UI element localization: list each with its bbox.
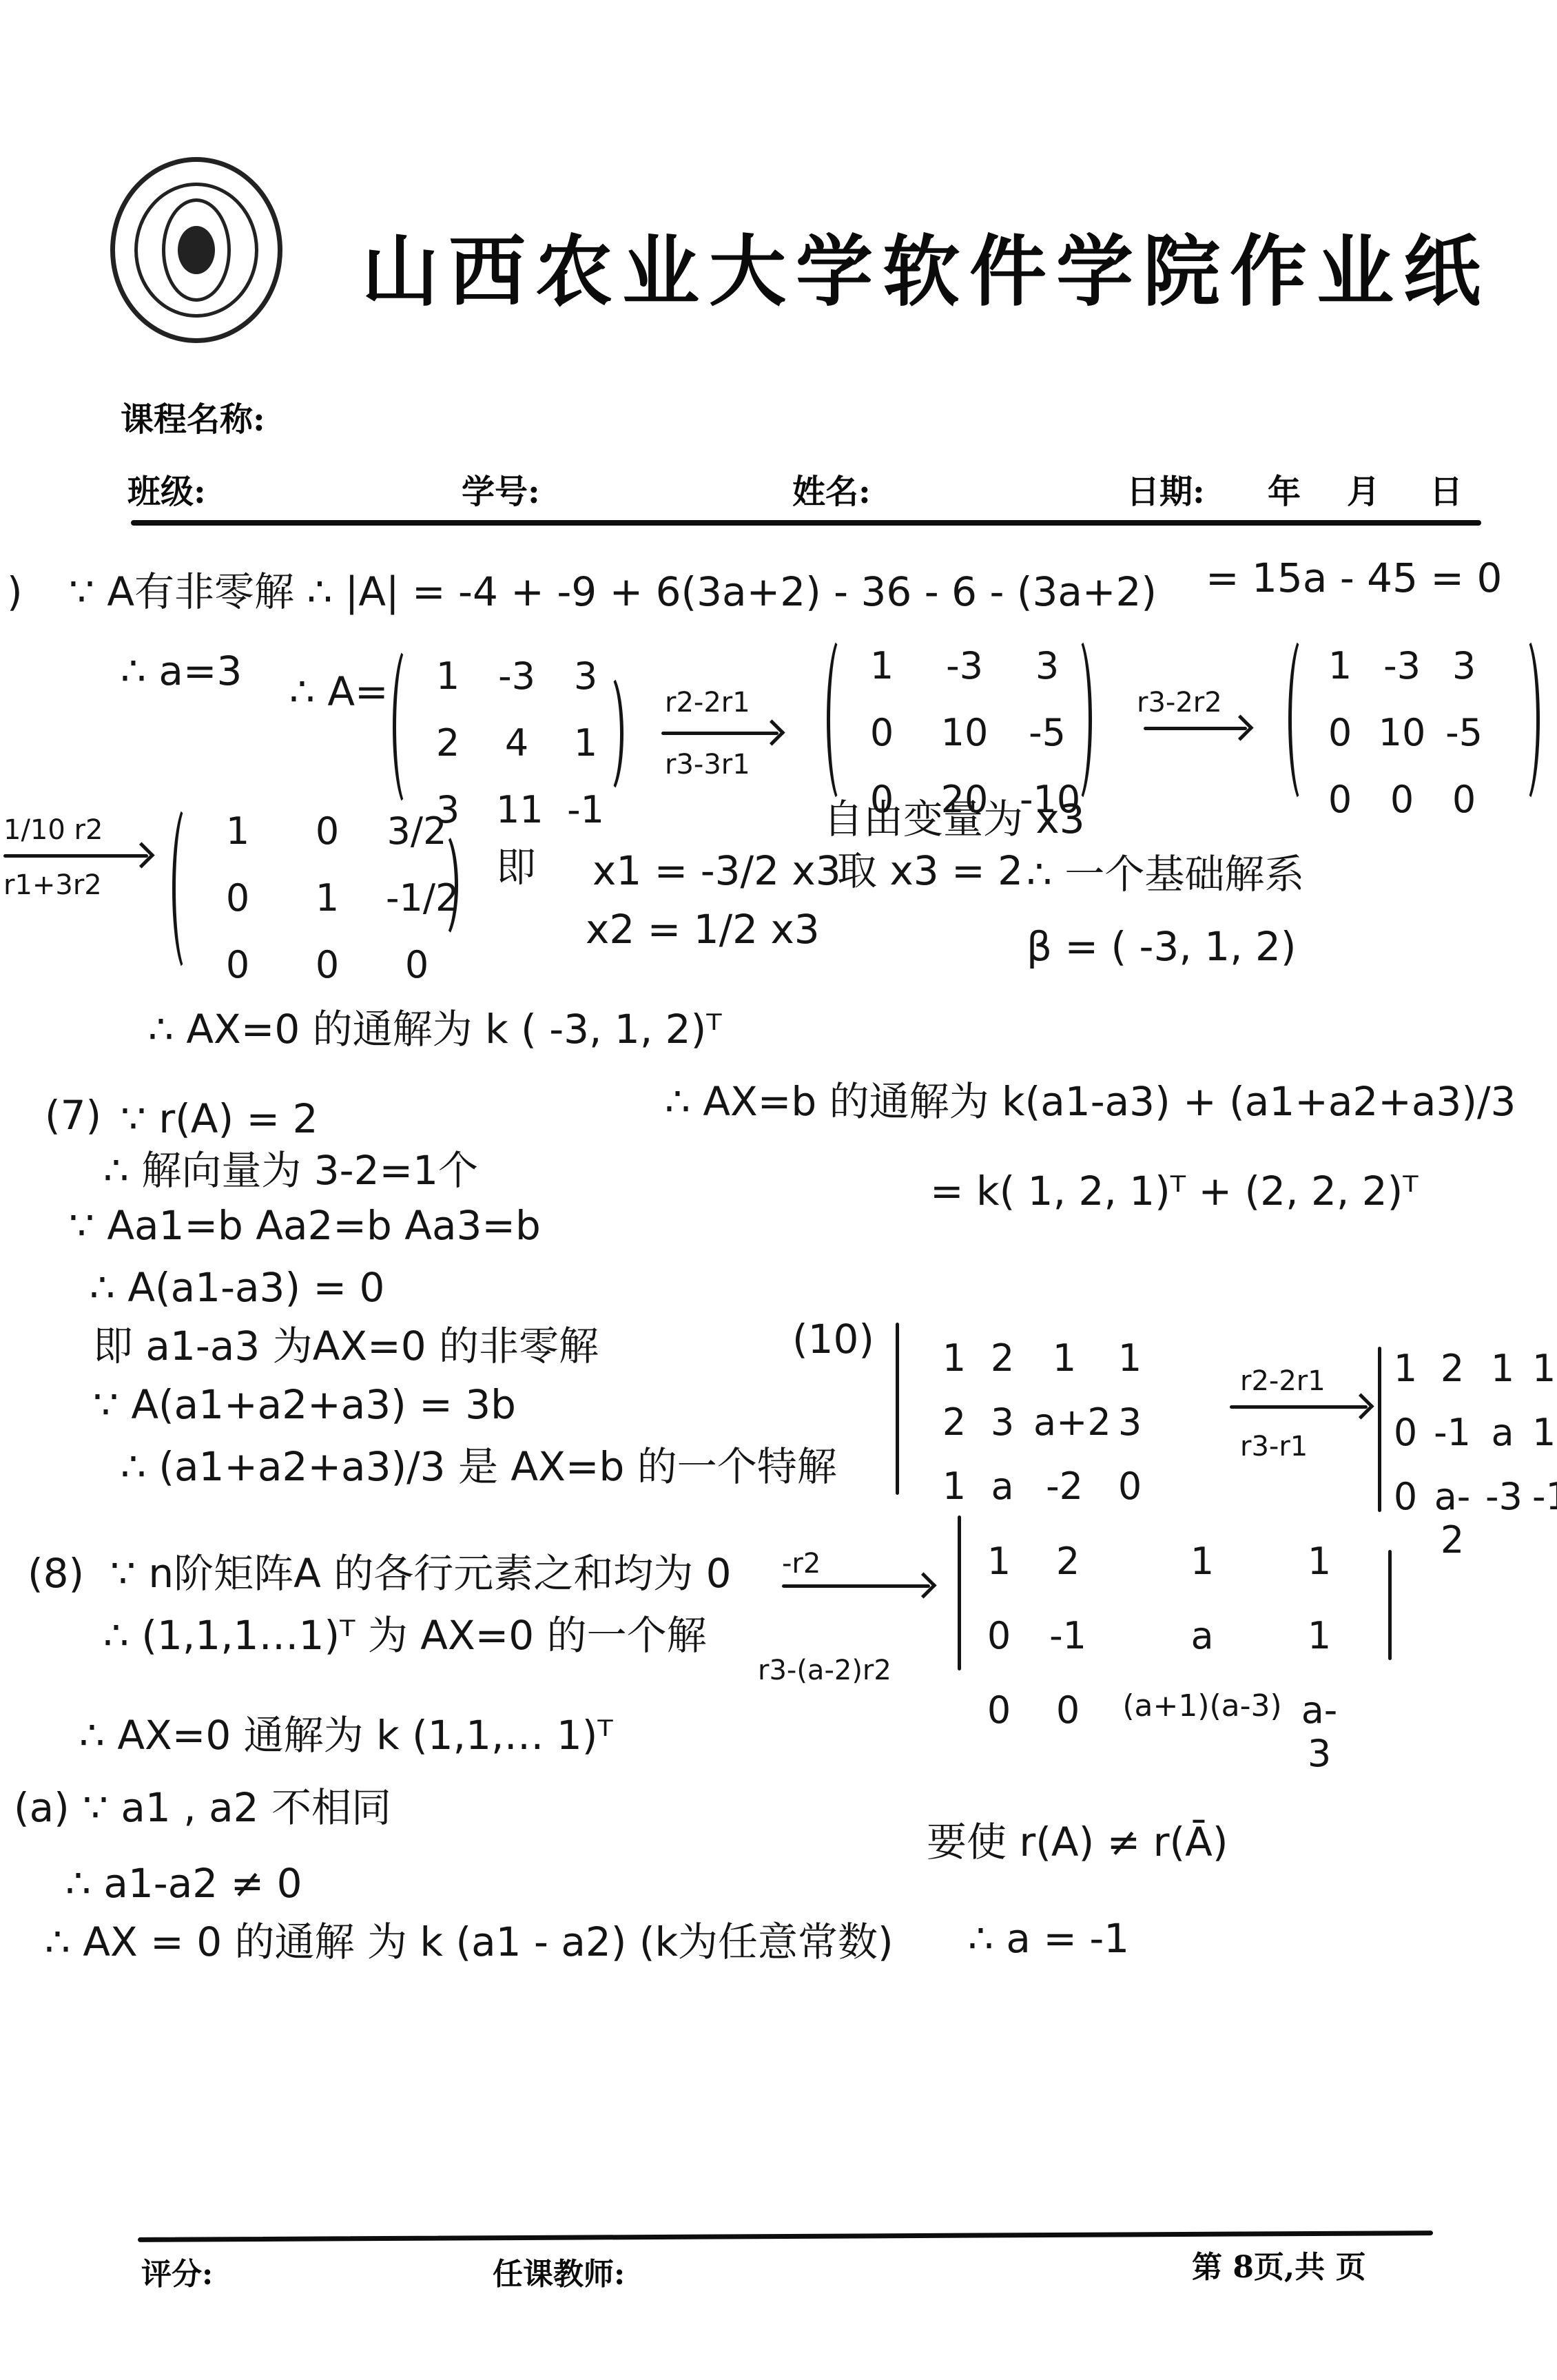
x1-equation: x1 = -3/2 x3: [592, 851, 841, 891]
free-variable-note: 自由变量为 x3: [823, 799, 1085, 839]
class-label: 班级:: [127, 465, 206, 513]
matrix-cell: -3: [1485, 1475, 1520, 1562]
op2-top: r3-2r2: [1137, 689, 1222, 716]
problem-7-line: ∴ 解向量为 3-2=1个: [103, 1150, 478, 1190]
matrix-a-left-paren: [393, 644, 424, 809]
matrix-f: 1211 0-1a1 0a-2-3-1: [1392, 1347, 1553, 1562]
matrix-cell: 1: [937, 1465, 971, 1508]
matrix-d-right-paren: [427, 830, 458, 940]
matrix-c-left-paren: [1288, 634, 1319, 806]
matrix-cell: 2: [1027, 1540, 1109, 1583]
problem-8-number: (8): [28, 1553, 84, 1593]
matrix-cell: 2: [985, 1336, 1020, 1380]
date-label: 日期:: [1126, 465, 1205, 513]
course-label: 课程名称:: [121, 393, 265, 440]
footer-divider: [138, 2231, 1433, 2242]
problem-6-determinant-result: = 15a - 45 = 0: [1206, 558, 1502, 598]
op1-top: r2-2r1: [665, 689, 750, 716]
matrix-cell: 0: [386, 943, 448, 986]
matrix-cell: 1: [854, 644, 909, 687]
problem-9-line: ∴ a1-a2 ≠ 0: [65, 1863, 302, 1903]
matrix-b: 1-33 010-5 020-10: [854, 644, 1075, 821]
matrix-cell: 1: [1116, 1540, 1288, 1583]
matrix-cell: a: [1485, 1411, 1520, 1454]
matrix-cell: 0: [207, 943, 269, 986]
op1-top: r2-2r1: [1240, 1367, 1326, 1395]
matrix-cell: 1: [1485, 1347, 1520, 1390]
matrix-cell: 10: [937, 711, 992, 754]
matrix-e: 1211 23a+23 1a-20: [937, 1336, 1151, 1508]
matrix-cell: 0: [207, 876, 269, 920]
matrix-cell: 0: [1316, 778, 1364, 821]
problem-7-number: (7): [45, 1095, 101, 1135]
matrix-cell: a: [1116, 1614, 1288, 1657]
matrix-cell: 1: [937, 1336, 971, 1380]
matrix-cell: 1: [1033, 1336, 1095, 1380]
matrix-g-right-bar: [1388, 1550, 1392, 1660]
matrix-cell: 3: [1440, 644, 1488, 687]
op2-bottom: r3-(a-2)r2: [758, 1657, 891, 1684]
matrix-cell: 1: [1295, 1540, 1343, 1583]
matrix-cell: 0: [1027, 1688, 1109, 1775]
op1-bottom: r3-3r1: [665, 751, 750, 778]
transform-arrow-icon: [1230, 1405, 1368, 1409]
matrix-cell: 0: [296, 809, 358, 853]
matrix-cell: 0: [1109, 1465, 1151, 1508]
header-divider: [131, 520, 1481, 526]
matrix-c: 1-33 010-5 000: [1316, 644, 1488, 821]
matrix-cell: 0: [1392, 1411, 1419, 1454]
matrix-a: 1-33 241 311-1: [427, 654, 606, 831]
matrix-cell: 3: [1109, 1400, 1151, 1444]
matrix-cell: a-3: [1295, 1688, 1343, 1775]
ji-label: 即: [496, 847, 536, 887]
date-day: 日: [1430, 465, 1463, 513]
matrix-c-right-paren: [1509, 634, 1540, 806]
matrix-cell: 3: [985, 1400, 1020, 1444]
problem-8-line: ∵ n阶矩阵A 的各行元素之和均为 0: [110, 1553, 732, 1593]
matrix-d: 103/2 01-1/2 000: [207, 809, 448, 986]
matrix-cell: -3: [496, 654, 537, 698]
x2-equation: x2 = 1/2 x3: [586, 909, 820, 949]
op3-bottom: r1+3r2: [3, 871, 102, 899]
matrix-cell: 1: [1295, 1614, 1343, 1657]
transform-arrow-icon: [782, 1584, 930, 1588]
matrix-cell: 1: [296, 876, 358, 920]
matrix-e-left-bar: [896, 1323, 899, 1495]
matrix-f-left-bar: [1378, 1347, 1381, 1512]
matrix-cell: -2: [1033, 1465, 1095, 1508]
matrix-cell: 1: [1392, 1347, 1419, 1390]
transform-arrow-icon: [661, 732, 778, 735]
problem-6-a-value: ∴ a=3: [121, 651, 242, 691]
matrix-cell: a: [985, 1465, 1020, 1508]
matrix-cell: 1: [1316, 644, 1364, 687]
problem-9-line: ∴ AX = 0 的通解 为 k (a1 - a2) (k为任意常数): [45, 1922, 894, 1962]
transform-arrow-icon: [3, 854, 148, 858]
student-id-label: 学号:: [462, 465, 540, 513]
matrix-cell: 4: [496, 721, 537, 765]
matrix-g-left-bar: [958, 1515, 961, 1670]
matrix-cell: a+2: [1033, 1400, 1095, 1444]
matrix-cell: 1: [1532, 1411, 1553, 1454]
matrix-cell: 1: [207, 809, 269, 853]
matrix-cell: 0: [854, 711, 909, 754]
matrix-cell: -3: [1378, 644, 1426, 687]
page-title: 山西农业大学软件学院作业纸: [362, 210, 1490, 321]
matrix-cell: 10: [1378, 711, 1426, 754]
problem-9-line: ∵ a1 , a2 不相同: [83, 1788, 391, 1828]
matrix-cell: 2: [937, 1400, 971, 1444]
take-x3-note: 取 x3 = 2: [837, 851, 1023, 891]
matrix-cell: 1: [427, 654, 468, 698]
matrix-cell: -1: [1432, 1411, 1473, 1454]
problem-8-line: ∴ (1,1,1…1)ᵀ 为 AX=0 的一个解: [103, 1615, 707, 1655]
beta-vector: β = ( -3, 1, 2): [1027, 927, 1297, 966]
name-label: 姓名:: [792, 465, 871, 513]
op2-top: -r2: [782, 1550, 821, 1577]
problem-7-line: 即 a1-a3 为AX=0 的非零解: [93, 1326, 599, 1366]
problem-8-line: ∴ AX=0 通解为 k (1,1,… 1)ᵀ: [79, 1715, 613, 1755]
matrix-cell: 1: [1532, 1347, 1553, 1390]
matrix-d-left-paren: [172, 803, 203, 975]
basis-label: ∴ 一个基础解系: [1027, 854, 1304, 894]
matrix-cell: -1: [1532, 1475, 1553, 1562]
problem-7-line: ∴ A(a1-a3) = 0: [90, 1267, 384, 1307]
problem-10-answer: ∴ a = -1: [968, 1918, 1129, 1958]
matrix-cell: -1: [565, 788, 606, 831]
matrix-cell: 11: [496, 788, 537, 831]
matrix-cell: -1: [1027, 1614, 1109, 1657]
op1-bottom: r3-r1: [1240, 1433, 1308, 1460]
problem-7-line: ∵ Aa1=b Aa2=b Aa3=b: [69, 1205, 541, 1245]
matrix-cell: 1: [978, 1540, 1020, 1583]
problem-7-line: ∵ r(A) = 2: [121, 1099, 318, 1139]
matrix-cell: 0: [296, 943, 358, 986]
problem-7-general-solution-value: = k( 1, 2, 1)ᵀ + (2, 2, 2)ᵀ: [930, 1171, 1419, 1211]
matrix-b-right-paren: [1061, 634, 1092, 806]
matrix-cell: 2: [427, 721, 468, 765]
date-month: 月: [1347, 465, 1380, 513]
matrix-a-label: ∴ A=: [289, 672, 389, 712]
matrix-cell: 0: [1316, 711, 1364, 754]
problem-9-number: (a): [14, 1788, 70, 1828]
matrix-cell: 0: [1378, 778, 1426, 821]
problem-6-general-solution: ∴ AX=0 的通解为 k ( -3, 1, 2)ᵀ: [148, 1009, 722, 1049]
school-seal-logo: [110, 157, 282, 343]
matrix-cell: -5: [1440, 711, 1488, 754]
date-year: 年: [1268, 465, 1301, 513]
problem-7-general-solution: ∴ AX=b 的通解为 k(a1-a3) + (a1+a2+a3)/3: [665, 1082, 1516, 1121]
matrix-cell: 0: [978, 1688, 1020, 1775]
matrix-b-left-paren: [827, 634, 858, 806]
rank-condition: 要使 r(A) ≠ r(Ā): [927, 1822, 1228, 1862]
problem-7-line: ∵ A(a1+a2+a3) = 3b: [93, 1385, 516, 1425]
matrix-cell: 0: [978, 1614, 1020, 1657]
seal-emblem-core: [178, 226, 215, 274]
page-number: 第 8页,共 页: [1192, 2242, 1366, 2286]
problem-10-number: (10): [792, 1319, 874, 1359]
matrix-cell: 0: [1392, 1475, 1419, 1562]
score-label: 评分:: [141, 2249, 213, 2293]
teacher-label: 任课教师:: [493, 2249, 625, 2293]
matrix-cell: -3: [937, 644, 992, 687]
problem-7-line: ∴ (a1+a2+a3)/3 是 AX=b 的一个特解: [121, 1447, 837, 1487]
matrix-g: 1211 0-1a1 00(a+1)(a-3)a-3: [978, 1540, 1343, 1775]
op3-top: 1/10 r2: [3, 816, 103, 844]
matrix-cell: 2: [1432, 1347, 1473, 1390]
transform-arrow-icon: [1144, 727, 1247, 730]
problem-6-determinant: ∵ A有非零解 ∴ |A| = -4 + -9 + 6(3a+2) - 36 -…: [69, 572, 1157, 612]
problem-6-number: ): [7, 572, 23, 612]
matrix-cell: (a+1)(a-3): [1116, 1688, 1288, 1775]
matrix-a-right-paren: [592, 672, 623, 796]
matrix-cell: 0: [1440, 778, 1488, 821]
matrix-cell: 1: [1109, 1336, 1151, 1380]
matrix-cell: a-2: [1432, 1475, 1473, 1562]
